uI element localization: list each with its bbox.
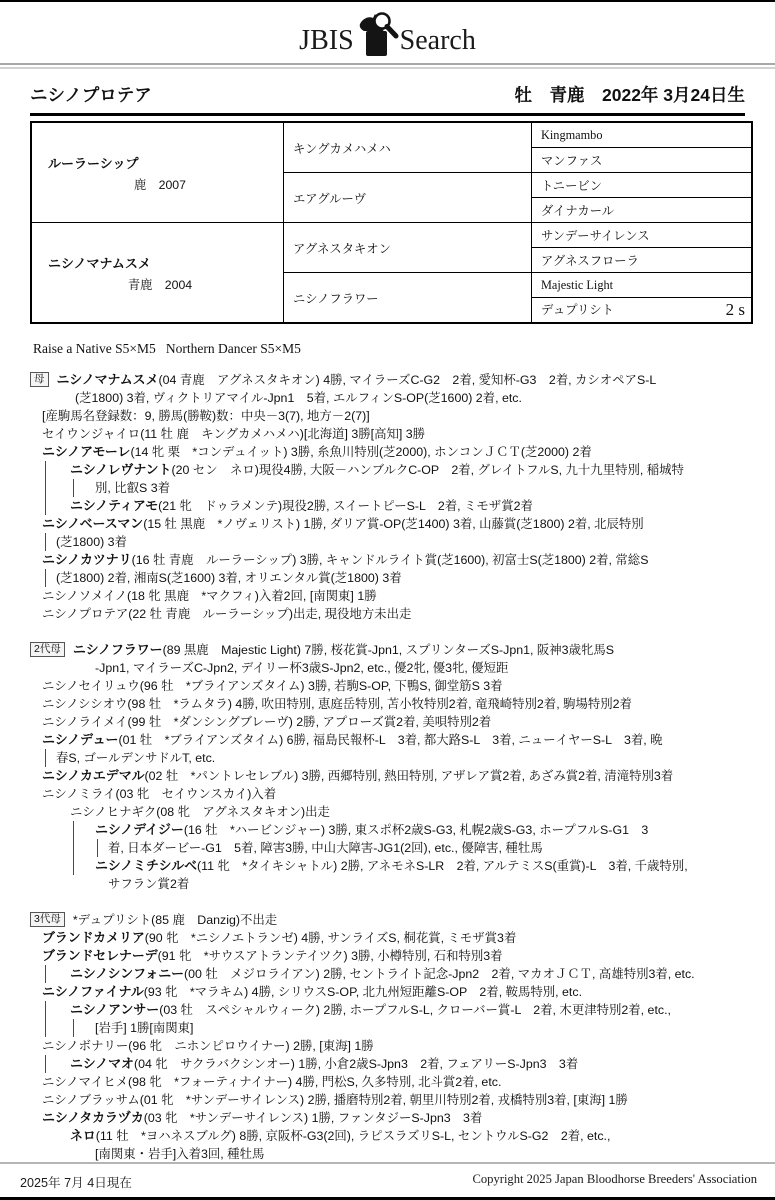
horse-name-emphasis: ネロ <box>70 1128 96 1143</box>
as-of-date: 2025年 7月 4日現在 <box>20 1172 132 1191</box>
pedigree-line: ニシノシンフォニー(00 牡 メジロライアン) 2勝, セントライト記念-Jpn… <box>0 965 775 983</box>
page-note: 2 s <box>726 300 747 320</box>
tree-connector-line <box>45 569 46 587</box>
pedigree-gen3-cell: マンファス <box>532 148 753 173</box>
top-border-rule <box>0 0 775 2</box>
pedigree-line: 3代母*デュプリシト(85 鹿 Danzig)不出走 <box>0 911 775 929</box>
tree-connector-line <box>73 479 74 497</box>
horse-name-emphasis: ニシノデイジー <box>95 822 184 837</box>
horse-name-emphasis: ニシノカエデマル <box>42 768 144 783</box>
pedigree-line: ブランドセレナーデ(91 牝 *サウスアトランテイツク) 3勝, 小樽特別, 石… <box>0 947 775 965</box>
pedigree-line: ニシノブラッサム(01 牝 *サンデーサイレンス) 2勝, 播磨特別2着, 朝里… <box>0 1091 775 1109</box>
pedigree-line: ニシノファイナル(93 牝 *マラキム) 4勝, シリウスS-OP, 北九州短距… <box>0 983 775 1001</box>
jbis-magnifier-horse-icon <box>354 11 400 57</box>
horse-name-emphasis: ニシノタカラヅカ <box>42 1110 144 1125</box>
horse-name-emphasis: ニシノマオ <box>70 1056 134 1071</box>
tree-connector-line <box>73 1019 74 1037</box>
tree-connector-line <box>73 857 74 875</box>
pedigree-line: (芝1800) 3着 <box>0 533 775 551</box>
pedigree-line: ニシノシシオウ(98 牡 *ラムタラ) 4勝, 吹田特別, 恵庭岳特別, 苫小牧… <box>0 695 775 713</box>
tree-connector-line <box>73 821 74 839</box>
pedigree-line: ニシノカエデマル(02 牡 *パントレセレブル) 3勝, 西郷特別, 熱田特別,… <box>0 767 775 785</box>
jbis-logo-text-right: Search <box>400 27 476 57</box>
pedigree-line: (芝1800) 3着, ヴィクトリアマイル-Jpn1 5着, エルフィンS-OP… <box>0 389 775 407</box>
pedigree-line: ニシノプロテア(22 牡 青鹿 ルーラーシップ)出走, 現役地方未出走 <box>0 605 775 623</box>
pedigree-line: 着, 日本ダービー-G1 5着, 障害3勝, 中山大障害-JG1(2回), et… <box>0 839 775 857</box>
pedigree-gen2-cell: エアグルーヴ <box>284 173 532 223</box>
pedigree-gen2-cell: キングカメハメハ <box>284 122 532 173</box>
horse-name-emphasis: ニシノティアモ <box>70 498 158 513</box>
pedigree-gen3-cell: トニービン <box>532 173 753 198</box>
pedigree-gen3-cell: サンデーサイレンス <box>532 223 753 248</box>
horse-name-emphasis: ニシノフラワー <box>73 642 163 657</box>
horse-name-emphasis: ニシノアンサー <box>70 1002 159 1017</box>
pedigree-line: ニシノミチシルベ(11 牝 *タイキシャトル) 2勝, アネモネS-LR 2着,… <box>0 857 775 875</box>
tree-connector-line <box>45 461 46 479</box>
horse-name-emphasis: ニシノカツナリ <box>42 552 132 567</box>
horse-name-emphasis: ブランドセレナーデ <box>42 948 158 963</box>
horse-name-emphasis: ニシノアモーレ <box>42 444 130 459</box>
pedigree-line: (芝1800) 2着, 湘南S(芝1600) 3着, オリエンタル賞(芝1800… <box>0 569 775 587</box>
header-divider <box>0 63 775 69</box>
pedigree-gen1-cell: ルーラーシップ鹿 2007 <box>31 122 284 223</box>
horse-name-emphasis: ニシノレヴナント <box>70 462 171 477</box>
pedigree-line: 春S, ゴールデンサドルT, etc. <box>0 749 775 767</box>
pedigree-line: ニシノマイヒメ(98 牝 *フォーティナイナー) 4勝, 門松S, 久多特別, … <box>0 1073 775 1091</box>
pedigree-line: ニシノタカラヅカ(03 牝 *サンデーサイレンス) 1勝, ファンタジーS-Jp… <box>0 1109 775 1127</box>
pedigree-line: ニシノミライ(03 牝 セイウンスカイ)入着 <box>0 785 775 803</box>
title-underline <box>30 113 745 116</box>
pedigree-line: ニシノティアモ(21 牝 ドゥラメンテ)現役2勝, スイートピーS-L 2着, … <box>0 497 775 515</box>
pedigree-gen3-cell: アグネスフローラ <box>532 248 753 273</box>
pedigree-line: ニシノベースマン(15 牡 黒鹿 *ノヴェリスト) 1勝, ダリア賞-OP(芝1… <box>0 515 775 533</box>
pedigree-line: ネロ(11 牡 *ヨハネスブルグ) 8勝, 京阪杯-G3(2回), ラピスラズリ… <box>0 1127 775 1145</box>
horse-name-emphasis: ブランドカメリア <box>42 930 145 945</box>
tree-connector-line <box>45 1019 46 1037</box>
tree-connector-line <box>45 497 46 515</box>
pedigree-gen3-cell: ダイナカール <box>532 198 753 223</box>
family-sections: 母ニシノマナムスメ(04 青鹿 アグネスタキオン) 4勝, マイラーズC-G2 … <box>0 371 775 1163</box>
tree-connector-line <box>45 1055 46 1073</box>
gen1-horse-name: ニシノマナムスメ <box>41 253 279 272</box>
tree-connector-line <box>45 1001 46 1019</box>
copyright-text: Copyright 2025 Japan Bloodhorse Breeders… <box>472 1172 757 1191</box>
pedigree-line: ニシノカツナリ(16 牡 青鹿 ルーラーシップ) 3勝, キャンドルライト賞(芝… <box>0 551 775 569</box>
pedigree-line: ブランドカメリア(90 牝 *ニシノエトランゼ) 4勝, サンライズS, 桐花賞… <box>0 929 775 947</box>
pedigree-line: 別, 比叡S 3着 <box>0 479 775 497</box>
tree-connector-line <box>73 839 74 857</box>
pedigree-gen3-cell: Majestic Light <box>532 273 753 298</box>
pedigree-line: ニシノデュー(01 牡 *ブライアンズタイム) 6勝, 福島民報杯-L 3着, … <box>0 731 775 749</box>
horse-name-emphasis: ニシノミチシルベ <box>95 858 197 873</box>
gen1-coat-year: 青鹿 2004 <box>41 275 279 293</box>
jbis-logo: JBIS Search <box>0 9 775 57</box>
pedigree-line: ニシノボナリー(96 牝 ニホンピロウイナー) 2勝, [東海] 1勝 <box>0 1037 775 1055</box>
horse-name-emphasis: ニシノデュー <box>42 732 118 747</box>
footer-divider <box>0 1162 775 1164</box>
pedigree-line: ニシノソメイノ(18 牝 黒鹿 *マクフィ)入着2回, [南関東] 1勝 <box>0 587 775 605</box>
generation-label: 3代母 <box>30 912 65 927</box>
gen1-horse-name: ルーラーシップ <box>41 153 279 172</box>
pedigree-gen3-cell: Kingmambo <box>532 122 753 148</box>
pedigree-line: [産駒馬名登録数：9, 勝馬(勝鞍)数：中央－3(7), 地方－2(7)] <box>0 407 775 425</box>
tree-connector-line <box>45 533 46 551</box>
pedigree-gen2-cell: アグネスタキオン <box>284 223 532 273</box>
pedigree-line: [南関東・岩手]入着3回, 種牡馬 <box>0 1145 775 1163</box>
horse-name-emphasis: ニシノベースマン <box>42 516 143 531</box>
generation-label: 2代母 <box>30 642 65 657</box>
generation-label: 母 <box>30 372 49 387</box>
pedigree-line: ニシノアモーレ(14 牝 栗 *コンデュイット) 3勝, 糸魚川特別(芝2000… <box>0 443 775 461</box>
pedigree-gen1-cell: ニシノマナムスメ青鹿 2004 <box>31 223 284 324</box>
pedigree-line: -Jpn1, マイラーズC-Jpn2, デイリー杯3歳S-Jpn2, etc.,… <box>0 659 775 677</box>
pedigree-line: [岩手] 1勝[南関東] <box>0 1019 775 1037</box>
inbreeding-note: Raise a Native S5×M5 Northern Dancer S5×… <box>33 341 775 357</box>
pedigree-line: 2代母ニシノフラワー(89 黒鹿 Majestic Light) 7勝, 桜花賞… <box>0 641 775 659</box>
gen1-coat-year: 鹿 2007 <box>41 175 279 193</box>
pedigree-line: ニシノアンサー(03 牡 スペシャルウィーク) 2勝, ホープフルS-L, クロ… <box>0 1001 775 1019</box>
pedigree-line: ニシノヒナギク(08 牝 アグネスタキオン)出走 <box>0 803 775 821</box>
pedigree-gen2-cell: ニシノフラワー <box>284 273 532 324</box>
pedigree-line: 母ニシノマナムスメ(04 青鹿 アグネスタキオン) 4勝, マイラーズC-G2 … <box>0 371 775 389</box>
pedigree-gen3-cell: 2 sデュプリシト <box>532 298 753 324</box>
family-section-1: 母ニシノマナムスメ(04 青鹿 アグネスタキオン) 4勝, マイラーズC-G2 … <box>0 371 775 623</box>
family-section-3: 3代母*デュプリシト(85 鹿 Danzig)不出走ブランドカメリア(90 牝 … <box>0 911 775 1163</box>
pedigree-line: セイウンジャイロ(11 牡 鹿 キングカメハメハ)[北海道] 3勝[高知] 3勝 <box>0 425 775 443</box>
tree-connector-line <box>45 965 46 983</box>
page-title-horse-name: ニシノプロテア <box>30 82 152 107</box>
horse-name-emphasis: ニシノシンフォニー <box>70 966 184 981</box>
tree-connector-line <box>45 479 46 497</box>
pedigree-line: ニシノセイリュウ(96 牡 *ブライアンズタイム) 3勝, 若駒S-OP, 下鴨… <box>0 677 775 695</box>
pedigree-line: ニシノレヴナント(20 セン ネロ)現役4勝, 大阪－ハンブルクC-OP 2着,… <box>0 461 775 479</box>
pedigree-line: ニシノデイジー(16 牡 *ハービンジャー) 3勝, 東スポ杯2歳S-G3, 札… <box>0 821 775 839</box>
tree-connector-line <box>45 749 46 767</box>
horse-name-emphasis: ニシノファイナル <box>42 984 144 999</box>
pedigree-line: サフラン賞2着 <box>0 875 775 893</box>
jbis-logo-text-left: JBIS <box>299 27 353 57</box>
horse-sex-color-birthdate: 牡 青鹿 2022年 3月24日生 <box>515 82 746 107</box>
pedigree-line: ニシノマオ(04 牝 サクラバクシンオー) 1勝, 小倉2歳S-Jpn3 2着,… <box>0 1055 775 1073</box>
horse-name-emphasis: ニシノマナムスメ <box>57 372 159 387</box>
pedigree-line: ニシノライメイ(99 牡 *ダンシングブレーヴ) 2勝, アプローズ賞2着, 美… <box>0 713 775 731</box>
tree-connector-line <box>97 839 98 857</box>
family-section-2: 2代母ニシノフラワー(89 黒鹿 Majestic Light) 7勝, 桜花賞… <box>0 641 775 893</box>
pedigree-table: ルーラーシップ鹿 2007キングカメハメハKingmamboマンファスエアグルー… <box>30 121 753 324</box>
